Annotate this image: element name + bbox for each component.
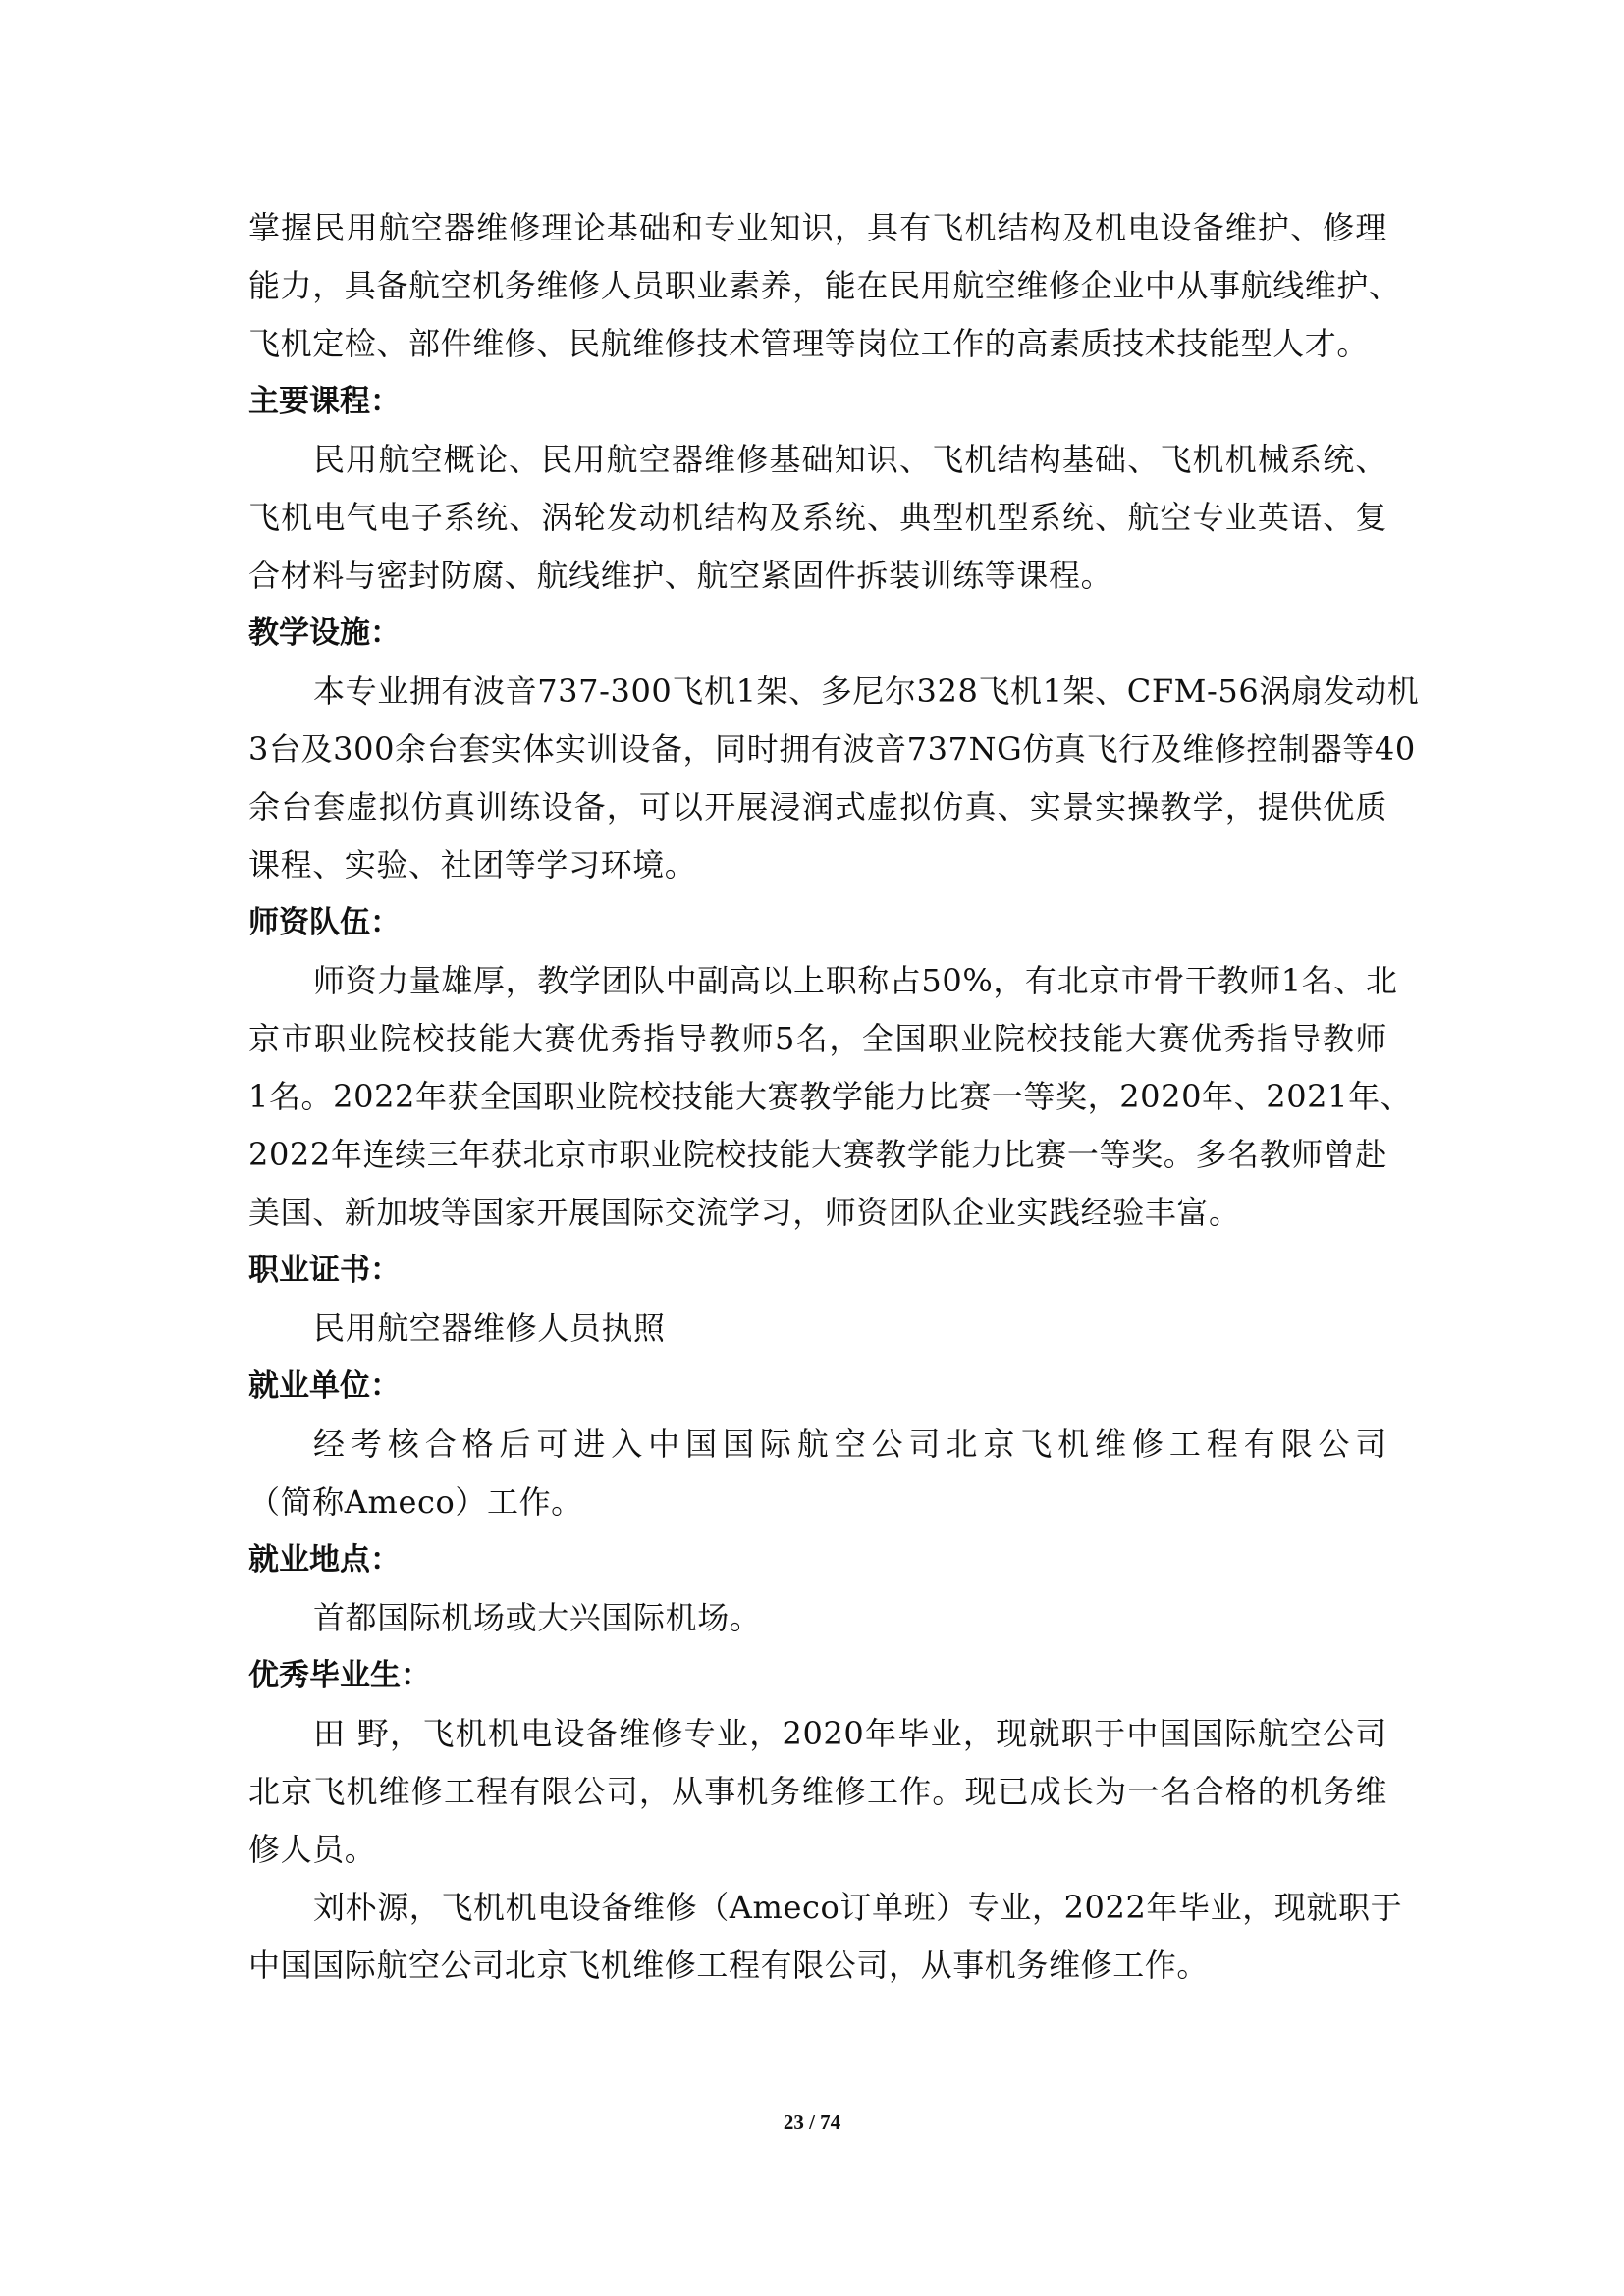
- employer-line: 经考核合格后可进入中国国际航空公司北京飞机维修工程有限公司: [248, 1415, 1387, 1473]
- courses-line: 民用航空概论、民用航空器维修基础知识、飞机结构基础、飞机机械系统、: [248, 431, 1387, 489]
- intro-line: 掌握民用航空器维修理论基础和专业知识，具有飞机结构及机电设备维护、修理: [248, 199, 1387, 257]
- section-heading-facilities: 教学设施：: [248, 605, 1387, 663]
- section-heading-location: 就业地点：: [248, 1531, 1387, 1589]
- graduate-line: 北京飞机维修工程有限公司，从事机务维修工作。现已成长为一名合格的机务维: [248, 1763, 1387, 1821]
- section-heading-graduates: 优秀毕业生：: [248, 1647, 1387, 1705]
- facilities-line: 本专业拥有波音737-300飞机1架、多尼尔328飞机1架、CFM-56涡扇发动…: [248, 663, 1387, 721]
- facilities-line: 3台及300余台套实体实训设备，同时拥有波音737NG仿真飞行及维修控制器等40: [248, 721, 1387, 778]
- certificate-line: 民用航空器维修人员执照: [248, 1300, 1387, 1358]
- page-number: 23 / 74: [0, 2110, 1624, 2135]
- faculty-line: 2022年连续三年获北京市职业院校技能大赛教学能力比赛一等奖。多名教师曾赴: [248, 1126, 1387, 1184]
- facilities-line: 课程、实验、社团等学习环境。: [248, 836, 1387, 894]
- courses-line: 合材料与密封防腐、航线维护、航空紧固件拆装训练等课程。: [248, 547, 1387, 605]
- graduate-line: 刘朴源，飞机机电设备维修（Ameco订单班）专业，2022年毕业，现就职于: [248, 1879, 1387, 1937]
- intro-line: 能力，具备航空机务维修人员职业素养，能在民用航空维修企业中从事航线维护、: [248, 257, 1387, 315]
- courses-line: 飞机电气电子系统、涡轮发动机结构及系统、典型机型系统、航空专业英语、复: [248, 489, 1387, 547]
- faculty-line: 师资力量雄厚，教学团队中副高以上职称占50%，有北京市骨干教师1名、北: [248, 952, 1387, 1010]
- facilities-line: 余台套虚拟仿真训练设备，可以开展浸润式虚拟仿真、实景实操教学，提供优质: [248, 778, 1387, 836]
- section-heading-certificate: 职业证书：: [248, 1242, 1387, 1300]
- faculty-line: 1名。2022年获全国职业院校技能大赛教学能力比赛一等奖，2020年、2021年…: [248, 1068, 1387, 1126]
- graduate-line: 中国国际航空公司北京飞机维修工程有限公司，从事机务维修工作。: [248, 1937, 1387, 1995]
- graduate-line: 修人员。: [248, 1821, 1387, 1879]
- section-heading-faculty: 师资队伍：: [248, 894, 1387, 952]
- employer-line: （简称Ameco）工作。: [248, 1473, 1387, 1531]
- section-heading-employer: 就业单位：: [248, 1358, 1387, 1415]
- section-heading-courses: 主要课程：: [248, 373, 1387, 431]
- faculty-line: 美国、新加坡等国家开展国际交流学习，师资团队企业实践经验丰富。: [248, 1184, 1387, 1242]
- graduate-line: 田 野，飞机机电设备维修专业，2020年毕业，现就职于中国国际航空公司: [248, 1705, 1387, 1763]
- faculty-line: 京市职业院校技能大赛优秀指导教师5名，全国职业院校技能大赛优秀指导教师: [248, 1010, 1387, 1068]
- document-page: 掌握民用航空器维修理论基础和专业知识，具有飞机结构及机电设备维护、修理 能力，具…: [248, 199, 1387, 1995]
- location-line: 首都国际机场或大兴国际机场。: [248, 1589, 1387, 1647]
- intro-line: 飞机定检、部件维修、民航维修技术管理等岗位工作的高素质技术技能型人才。: [248, 315, 1387, 373]
